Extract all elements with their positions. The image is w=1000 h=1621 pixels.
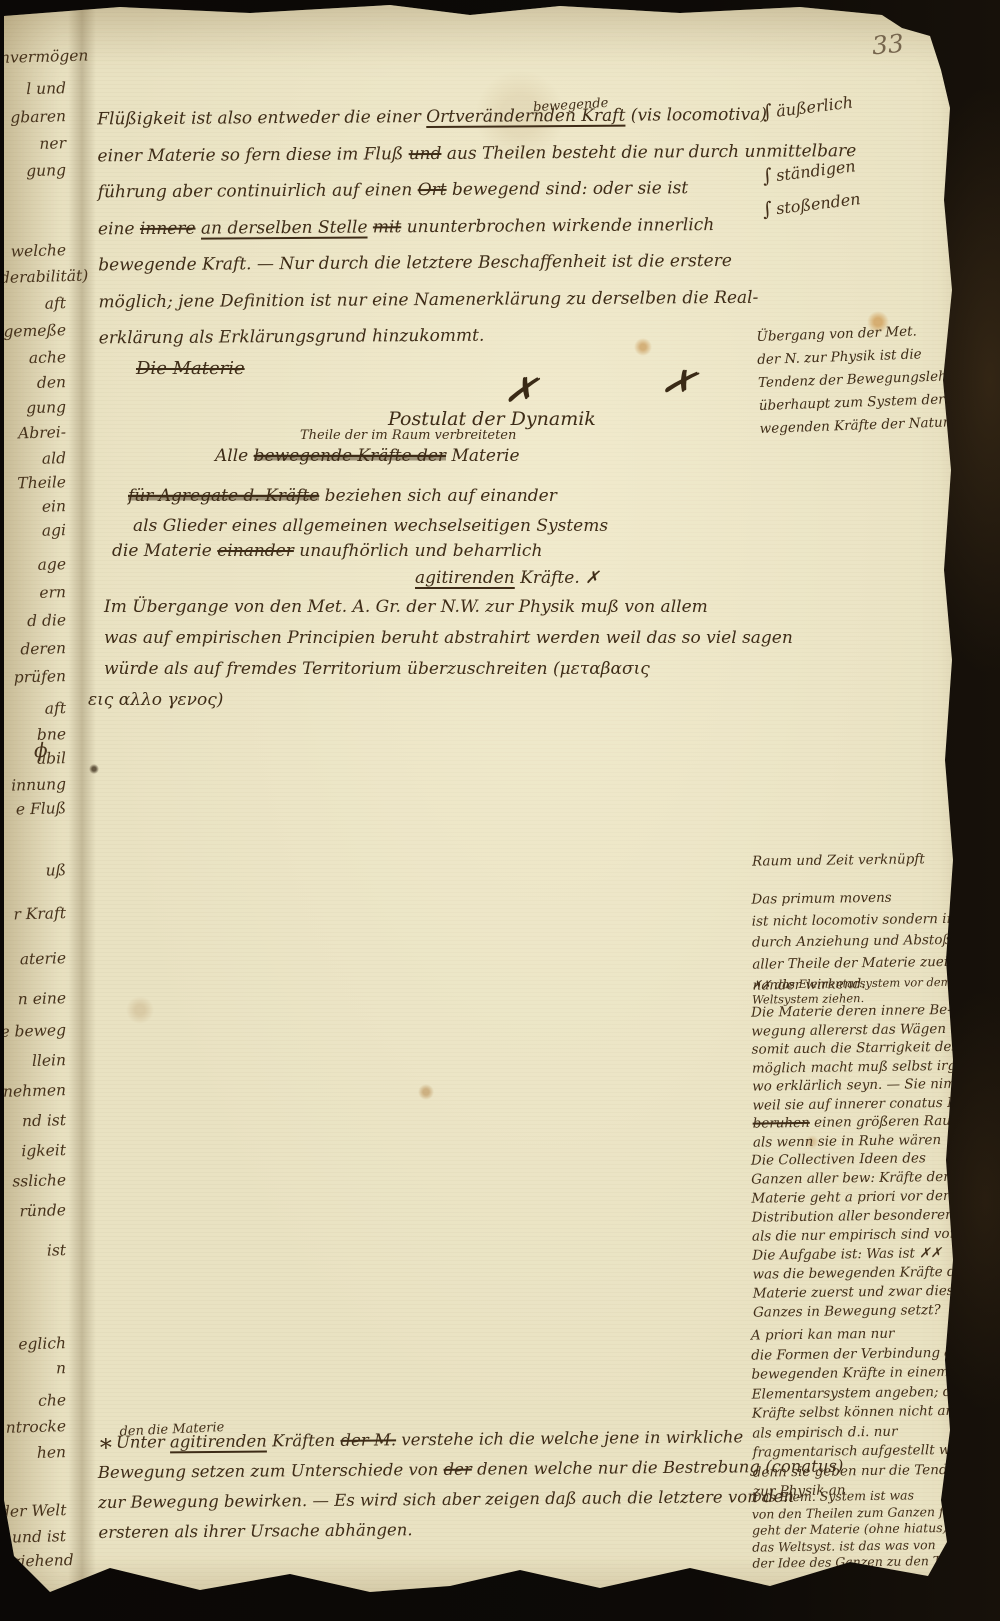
edge-fragment: ald: [0, 449, 66, 469]
greek-phrase: εις αλλο γενος): [88, 685, 784, 716]
edge-fragment: der Welt: [0, 1501, 66, 1521]
underlined-text: an derselben Stelle: [201, 217, 368, 238]
margin-note-line: Elementarsystem angeben; die: [752, 1382, 992, 1405]
strikethrough-text: innere: [140, 218, 196, 238]
margin-note-line: das Weltsyst. ist das was von: [752, 1536, 992, 1556]
edge-fragment: ein: [0, 497, 66, 517]
strikethrough-text: der M.: [340, 1430, 396, 1449]
margin-note-line: wo erklärlich seyn. — Sie nimmt aber: [752, 1074, 992, 1096]
text-run: aus Theilen besteht die nur durch unmitt…: [441, 141, 856, 164]
text-run: eine: [98, 219, 140, 239]
footnote-marker: ∗: [97, 1429, 114, 1457]
edge-fragment: r Kraft: [0, 904, 66, 924]
manuscript-scan-background: 33 nvermögen l und gbaren ner gung welch…: [0, 0, 1000, 1621]
text-run: Kräften: [267, 1431, 341, 1451]
edge-fragment: ern: [0, 583, 66, 603]
margin-note-line: somit auch die Starrigkeit des Hebels: [751, 1037, 991, 1059]
edge-fragment: nd ist: [0, 1111, 66, 1131]
edge-fragment: Theile: [0, 473, 66, 493]
margin-note-line: Ganzes in Bewegung setzt?: [753, 1300, 993, 1322]
edge-fragment: e beweg: [0, 1021, 66, 1041]
margin-note: Die Materie deren innere Be- wegung alle…: [751, 1000, 993, 1151]
edge-fragment: ründe: [0, 1201, 66, 1221]
edge-fragment: e Fluß: [0, 799, 66, 819]
handwriting-line: für Agregate d. Kräfte beziehen sich auf…: [128, 486, 557, 506]
edge-fragment: derabilität): [0, 267, 66, 287]
margin-note-line: als wenn sie in Ruhe wären: [753, 1130, 993, 1152]
edge-fragment: aft: [0, 699, 66, 719]
margin-note-line: als die nur empirisch sind vorher.: [752, 1224, 992, 1246]
margin-gloss: ∫äußerlich: [761, 91, 854, 124]
interlinear-insertion: Theile der im Raum verbreiteten: [300, 428, 516, 443]
margin-note-upper: Übergang von der Met. der N. zur Physik …: [756, 318, 990, 441]
margin-note-line: Die Collectiven Ideen des: [751, 1148, 991, 1170]
edge-fragment: age: [0, 555, 66, 575]
strikethrough-text: für Agregate d. Kräfte: [128, 486, 319, 506]
text-run: ununterbrochen wirkende innerlich: [401, 215, 714, 237]
footnote: den die Materie ∗Unter agitirenden Kräft…: [97, 1422, 774, 1548]
struck-heading: Die Materie: [136, 358, 245, 379]
edge-fragment: n eine: [0, 989, 66, 1009]
text-run: einer Materie so fern diese im Fluß: [97, 144, 408, 166]
gloss-brace-mark: ∫: [761, 165, 774, 188]
margin-note-line: Distribution aller besonderen Kräfte: [752, 1205, 992, 1227]
edge-fragment: ssliche: [0, 1171, 66, 1191]
handwriting-line: als Glieder eines allgemeinen wechselsei…: [133, 516, 608, 536]
strikethrough-text: und: [409, 143, 442, 163]
edge-fragment: prüfen: [0, 667, 66, 687]
text-run: (vis locomotiva): [625, 105, 767, 126]
margin-note-line: wegung allererst das Wägen und: [751, 1019, 991, 1041]
handwriting-line: agitirenden Kräfte. ✗: [415, 568, 599, 588]
edge-fragment: und ist: [0, 1527, 66, 1547]
margin-note: Die Collectiven Ideen des Ganzen aller b…: [751, 1148, 993, 1322]
margin-note-line: als empirisch d.i. nur: [752, 1421, 992, 1444]
text-run: Kräfte. ✗: [515, 568, 600, 588]
edge-fragment: welche: [0, 241, 66, 261]
handwriting-line: die Materie einander unaufhörlich und be…: [112, 541, 542, 561]
strikethrough-text: bewegende Kräfte der: [254, 446, 446, 466]
edge-fragment: ner: [0, 134, 66, 154]
main-paragraph-1: bewegende Flüßigkeit ist also entweder d…: [97, 97, 771, 357]
margin-note-line: Ganzen aller bew: Kräfte der: [751, 1167, 991, 1189]
handwriting-line: Im Übergange von den Met. A. Gr. der N.W…: [104, 592, 784, 623]
gutter-shadow: [68, 0, 96, 1621]
edge-fragment: r ziehend: [0, 1551, 66, 1571]
margin-note-line: was die bewegenden Kräfte der: [752, 1262, 992, 1284]
edge-fragment: nvermögen: [0, 47, 66, 67]
edge-fragment: gung: [0, 398, 66, 418]
margin-note-line: A priori kan man nur: [751, 1323, 991, 1346]
edge-fragment: ache: [0, 348, 66, 368]
margin-note-line: bewegenden Kräfte in einem: [751, 1362, 991, 1385]
edge-fragment: aterie: [0, 949, 66, 969]
text-run: Alle: [215, 446, 254, 466]
handwriting-line: einer Materie so fern diese im Fluß und …: [97, 133, 769, 174]
text-run: Materie: [446, 446, 519, 466]
page-number: 33: [871, 29, 905, 61]
handwriting-line: was auf empirischen Principien beruht ab…: [104, 623, 784, 654]
margin-note-line: beruhen einen größeren Raum ein: [753, 1111, 993, 1133]
edge-fragment: uß: [0, 861, 66, 881]
edge-fragment: llein: [0, 1051, 66, 1071]
edge-fragment: nehmen: [0, 1081, 66, 1101]
footnote-line: zur Bewegung bewirken. — Es wird sich ab…: [98, 1482, 774, 1518]
margin-note-line: Das primum movens: [751, 886, 991, 911]
edge-fragment: igkeit: [0, 1141, 66, 1161]
margin-note-line: die Formen der Verbindung der: [751, 1343, 991, 1366]
edge-fragment: gemeße: [0, 321, 66, 341]
margin-note-line: durch Anziehung und Abstoßung: [752, 929, 992, 954]
edge-fragment: hen: [0, 1443, 66, 1463]
edge-fragment: aft: [0, 294, 66, 314]
edge-fragment: gbaren: [0, 107, 66, 127]
edge-fragment: Abrei-: [0, 423, 66, 443]
gloss-word: äußerlich: [775, 93, 854, 121]
margin-note-line: Materie geht a priori vor der: [751, 1186, 991, 1208]
postulat-heading: Postulat der Dynamik: [388, 408, 596, 430]
handwriting-line: würde als auf fremdes Territorium überzu…: [104, 654, 784, 685]
edge-fragment: innung: [0, 775, 66, 795]
handwriting-line: führung aber continuirlich auf einen Ort…: [98, 170, 770, 211]
strikethrough-text: einander: [217, 541, 294, 561]
strikethrough-text: mit: [373, 217, 402, 237]
text-run: unaufhörlich und beharrlich: [294, 541, 543, 561]
gloss-brace-mark: ∫: [761, 198, 774, 221]
text-run: die Materie: [112, 541, 217, 561]
main-paragraph-2: Im Übergange von den Met. A. Gr. der N.W…: [104, 592, 784, 716]
strikethrough-text: Ort: [418, 180, 447, 200]
margin-note-line: Die Materie deren innere Be-: [751, 1000, 991, 1022]
gloss-word: stoßenden: [775, 189, 861, 218]
underlined-text: agitirenden: [415, 568, 515, 588]
edge-fragment: l und: [0, 79, 66, 99]
margin-note-line: ✗✗ das Elementarsystem vor dem: [752, 974, 992, 992]
handwriting-line: möglich; jene Definition ist nur eine Na…: [98, 279, 770, 320]
edge-fragment: ist: [0, 1241, 66, 1261]
text-run: führung aber continuirlich auf einen: [98, 180, 418, 202]
footnote-line: ersteren als ihrer Ursache abhängen.: [98, 1512, 774, 1548]
handwriting-line: erklärung als Erklärungsgrund hinzukommt…: [99, 316, 771, 357]
x-mark: ✗: [658, 356, 701, 407]
text-run: denen welche nur die Bestrebung (conatus…: [472, 1456, 844, 1478]
margin-note-line: ist nicht locomotiv sondern intern: [752, 908, 992, 933]
handwriting-line: Alle bewegende Kräfte der Materie: [215, 446, 520, 466]
handwriting-line: bewegende Kraft. — Nur durch die letzter…: [98, 243, 770, 284]
margin-note-line: Die Aufgabe ist: Was ist ✗✗: [752, 1243, 992, 1265]
margin-note-line: aller Theile der Materie zuei-: [752, 951, 992, 976]
edge-fragment: eglich: [0, 1334, 66, 1354]
manuscript-page: 33 nvermögen l und gbaren ner gung welch…: [0, 0, 1000, 1621]
text-run: bewegend sind: oder sie ist: [447, 178, 689, 200]
margin-note-line: Materie zuerst und zwar dieser ihr: [753, 1281, 993, 1303]
edge-fragment: che: [0, 1391, 66, 1411]
edge-fragment: d die: [0, 611, 66, 631]
edge-fragment: n: [0, 1359, 66, 1379]
margin-note-line: Kräfte selbst können nicht anders: [752, 1401, 992, 1424]
handwriting-line: Flüßigkeit ist also entweder die einer O…: [97, 97, 769, 138]
margin-note-line: der Idee des Ganzen zu den Theilen geht: [752, 1552, 992, 1572]
edge-fragment: ntrocke: [0, 1417, 66, 1437]
margin-note-line: weil sie auf innerer conatus Kraft: [752, 1093, 992, 1115]
phi-mark: ϕ: [34, 738, 59, 763]
edge-fragment: agi: [0, 521, 66, 541]
edge-fragment: gung: [0, 161, 66, 181]
margin-note-line: geht der Materie (ohne hiatus);: [752, 1519, 992, 1539]
margin-note: Raum und Zeit verknüpft: [752, 848, 992, 871]
text-run: einen größeren Raum ein: [810, 1112, 989, 1131]
edge-fragment: deren: [0, 639, 66, 659]
interlinear-insertion: bewegende: [532, 86, 609, 127]
gloss-brace-mark: ∫: [761, 100, 774, 123]
margin-gloss: ∫stoßenden: [761, 187, 862, 221]
strikethrough-text: der: [443, 1460, 471, 1479]
text-run: verstehe ich die welche jene in wirklich…: [396, 1427, 743, 1449]
strikethrough-text: beruhen: [753, 1115, 810, 1132]
handwriting-line: eine innere an derselben Stelle mit unun…: [98, 206, 770, 247]
x-mark: ✗: [502, 366, 540, 414]
text-run: Bewegung setzen zum Unterschiede von: [98, 1460, 444, 1482]
text-run: Flüßigkeit ist also entweder die einer: [97, 107, 426, 129]
margin-note-line: möglich macht muß selbst irgend-: [752, 1056, 992, 1078]
edge-fragment: den: [0, 373, 66, 393]
text-run: beziehen sich auf einander: [319, 486, 557, 506]
margin-note-line: Raum und Zeit verknüpft: [752, 848, 992, 871]
interlinear-insertion: den die Materie: [119, 1413, 225, 1448]
